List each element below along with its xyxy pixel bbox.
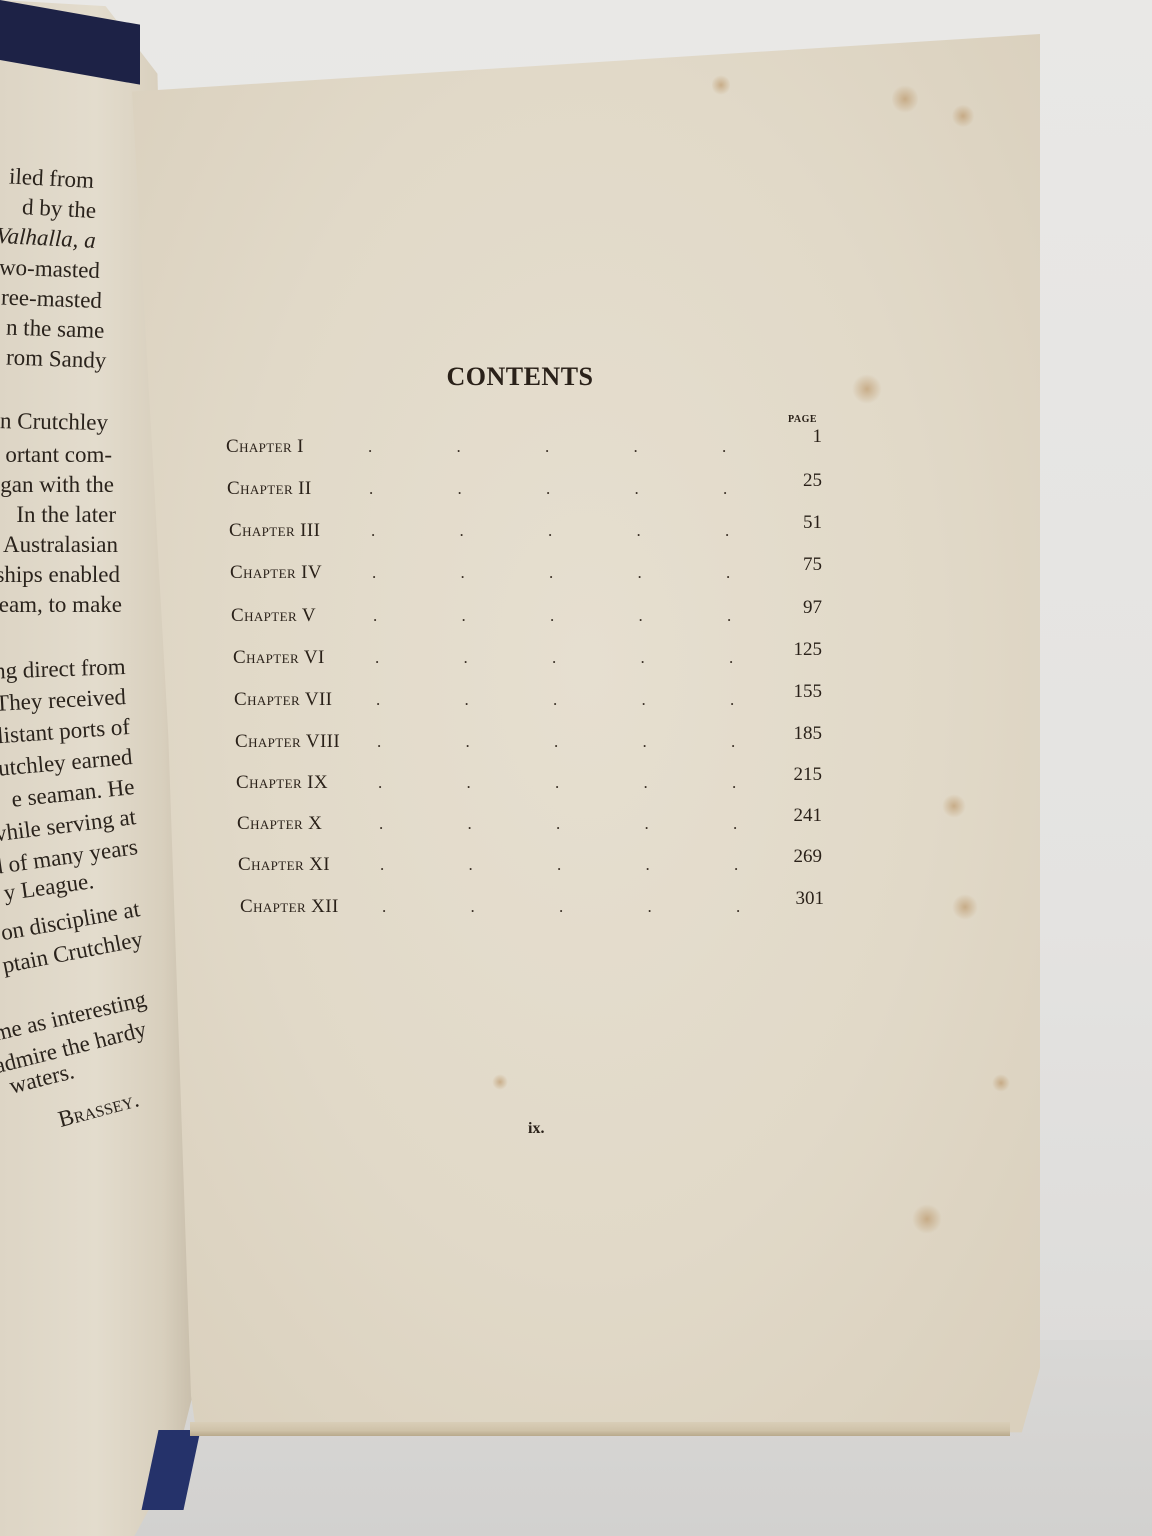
toc-entry-page: 241 — [778, 805, 822, 827]
foxing-spot — [942, 794, 966, 818]
toc-entry[interactable]: Chapter VIII . . . . . . . . . 185 — [235, 731, 822, 761]
toc-entry-page: 125 — [778, 639, 822, 661]
text-line: ng direct from — [0, 654, 126, 685]
toc-entry-label: Chapter V — [231, 605, 373, 627]
text-line: ree-masted — [1, 284, 103, 314]
toc-entry-page: 215 — [778, 764, 822, 786]
toc-entry-page: 97 — [778, 597, 822, 619]
dot-leader: . . . . . . . . . — [379, 814, 778, 834]
dot-leader: . . . . . . . . . — [369, 479, 778, 499]
toc-entry-page: 25 — [778, 470, 822, 492]
dot-leader: . . . . . . . . . — [376, 690, 778, 710]
toc-entry-page: 155 — [778, 681, 822, 703]
dot-leader: . . . . . . . . . — [373, 606, 778, 626]
text-line: Australasian — [3, 532, 118, 558]
dot-leader: . . . . . . . . . — [368, 437, 778, 457]
toc-entry-page: 51 — [778, 512, 822, 534]
toc-entry[interactable]: Chapter IV . . . . . . . . . 75 — [230, 562, 822, 592]
text-line: d by the — [21, 194, 96, 224]
toc-entry-label: Chapter XII — [240, 896, 382, 918]
toc-entry-label: Chapter X — [237, 813, 379, 835]
text-line: gan with the — [0, 472, 114, 498]
dot-leader: . . . . . . . . . — [371, 521, 778, 541]
dot-leader: . . . . . . . . . — [382, 897, 780, 917]
dot-leader: . . . . . . . . . — [380, 855, 778, 875]
toc-entry[interactable]: Chapter II . . . . . . . . . 25 — [227, 478, 822, 508]
text-line: n Crutchley — [0, 408, 108, 436]
text-line: wo-masted — [0, 254, 100, 284]
toc-entry-label: Chapter VI — [233, 647, 375, 669]
dot-leader: . . . . . . . . . — [375, 648, 778, 668]
contents-heading-text: CONTENTS — [446, 362, 593, 392]
toc-entry-page: 269 — [778, 846, 822, 868]
text-line: ships enabled — [0, 562, 120, 588]
toc-entry[interactable]: Chapter III . . . . . . . . . 51 — [229, 520, 822, 550]
foxing-spot — [952, 104, 974, 128]
toc-entry-page: 1 — [778, 426, 822, 448]
text-line: n the same — [5, 315, 104, 344]
page-column-header: PAGE — [788, 414, 817, 425]
toc-entry[interactable]: Chapter V . . . . . . . . . 97 — [231, 605, 822, 635]
toc-entry[interactable]: Chapter XII . . . . . . . . . 301 — [240, 896, 824, 926]
text-line: Valhalla, a — [0, 223, 97, 254]
foxing-spot — [892, 84, 918, 114]
toc-entry-label: Chapter III — [229, 520, 371, 542]
text-line: ortant com- — [5, 442, 112, 468]
toc-entry[interactable]: Chapter VII . . . . . . . . . 155 — [234, 689, 822, 719]
signature: Brassey. — [55, 1086, 141, 1132]
page-bottom-edge — [190, 1422, 1010, 1436]
toc-entry-label: Chapter VIII — [235, 731, 377, 753]
text-line: iled from — [8, 164, 94, 194]
text-line: eam, to make — [0, 592, 122, 618]
text-line: In the later — [16, 502, 116, 528]
toc-entry-page: 301 — [780, 888, 824, 910]
dot-leader: . . . . . . . . . — [377, 732, 778, 752]
toc-entry-page: 75 — [778, 554, 822, 576]
foxing-spot — [912, 1204, 942, 1234]
dot-leader: . . . . . . . . . — [372, 563, 778, 583]
toc-entry[interactable]: Chapter XI . . . . . . . . . 269 — [238, 854, 822, 884]
toc-entry-label: Chapter I — [226, 436, 368, 458]
text-line: listant ports of — [0, 714, 131, 749]
toc-entry-label: Chapter XI — [238, 854, 380, 876]
foxing-spot — [992, 1074, 1010, 1092]
foxing-spot — [952, 894, 978, 920]
toc-entry[interactable]: Chapter IX . . . . . . . . . 215 — [236, 772, 822, 802]
toc-entry[interactable]: Chapter VI . . . . . . . . . 125 — [233, 647, 822, 677]
toc-entry-label: Chapter II — [227, 478, 369, 500]
page-number-folio: ix. — [528, 1120, 544, 1138]
toc-entry[interactable]: Chapter I . . . . . . . . . 1 — [226, 436, 822, 466]
toc-entry-label: Chapter VII — [234, 689, 376, 711]
toc-entry-page: 185 — [778, 723, 822, 745]
foxing-spot — [712, 74, 730, 96]
foxing-spot — [492, 1074, 508, 1090]
toc-entry-label: Chapter IX — [236, 772, 378, 794]
toc-entry[interactable]: Chapter X . . . . . . . . . 241 — [237, 813, 822, 843]
dot-leader: . . . . . . . . . — [378, 773, 778, 793]
contents-heading: CONTENTS — [0, 362, 1040, 392]
text-line: They received — [0, 684, 127, 717]
toc-entry-label: Chapter IV — [230, 562, 372, 584]
